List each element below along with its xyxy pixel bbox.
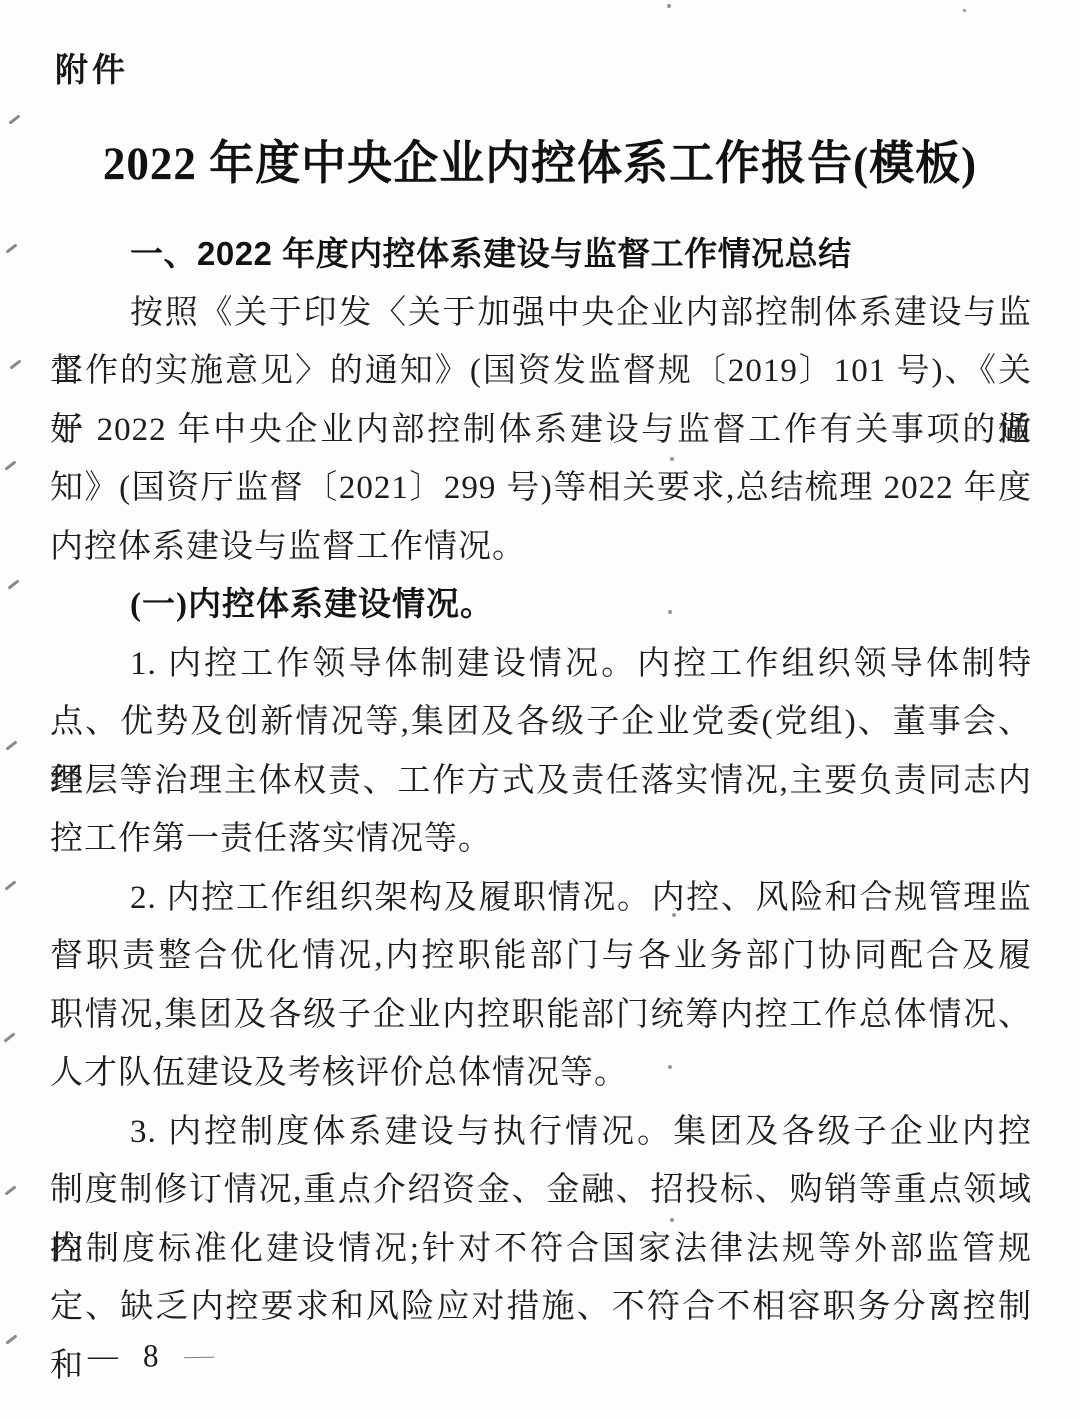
scan-artifact-tick [4, 460, 16, 470]
scan-artifact-dot [670, 1218, 674, 1222]
body-line: 2. 内控工作组织架构及履职情况。内控、风险和合规管理监 [50, 869, 1032, 928]
scan-artifact-tick [4, 1185, 16, 1195]
scan-artifact-dot [963, 9, 966, 12]
scan-artifact-dot [667, 4, 671, 8]
body-line: 按照《关于印发〈关于加强中央企业内部控制体系建设与监督 [50, 284, 1032, 343]
scan-artifact-tick [3, 1032, 15, 1042]
page-number: 8 [143, 1337, 159, 1375]
body-line: 好 2022 年中央企业内部控制体系建设与监督工作有关事项的通 [50, 401, 1032, 460]
body-line: 3. 内控制度体系建设与执行情况。集团及各级子企业内控 [50, 1103, 1032, 1162]
document-title: 2022 年度中央企业内控体系工作报告(模板) [0, 125, 1080, 193]
attachment-label: 附件 [55, 44, 129, 91]
scan-artifact-tick [5, 740, 17, 750]
scan-artifact-dot [668, 1065, 672, 1069]
scan-artifact-tick [7, 579, 19, 589]
body-line: 知》(国资厅监督〔2021〕299 号)等相关要求,总结梳理 2022 年度 [50, 459, 1032, 518]
scan-artifact-tick [5, 243, 17, 253]
body-line: 1. 内控工作领导体制建设情况。内控工作组织领导体制特 [50, 635, 1032, 694]
scan-artifact-tick [4, 880, 16, 890]
body-line: 工作的实施意见〉的通知》(国资发监督规〔2019〕101 号)、《关于做 [50, 342, 1032, 401]
scan-artifact-dot [672, 913, 676, 917]
body-line: 职情况,集团及各级子企业内控职能部门统筹内控工作总体情况、 [50, 986, 1032, 1045]
scan-artifact-tick [9, 359, 21, 369]
page-number-dash-left: — [88, 1341, 118, 1371]
body-line: 点、优势及创新情况等,集团及各级子企业党委(党组)、董事会、经 [50, 693, 1032, 752]
body-line: 督职责整合优化情况,内控职能部门与各业务部门协同配合及履 [50, 927, 1032, 986]
body-line: 定、缺乏内控要求和风险应对措施、不符合不相容职务分离控制和 [50, 1278, 1032, 1337]
body-line: 控工作第一责任落实情况等。 [50, 810, 1032, 869]
scan-artifact-tick [8, 114, 20, 124]
page-number-dash-right: — [183, 1345, 214, 1367]
body-line: 制度制修订情况,重点介绍资金、金融、招投标、购销等重点领域内 [50, 1161, 1032, 1220]
body-line: 人才队伍建设及考核评价总体情况等。 [50, 1044, 1032, 1103]
body-line: 理层等治理主体权责、工作方式及责任落实情况,主要负责同志内 [50, 752, 1032, 811]
body-line: 控制度标准化建设情况;针对不符合国家法律法规等外部监管规 [50, 1220, 1032, 1279]
document-page: 附件 2022 年度中央企业内控体系工作报告(模板) 一、2022 年度内控体系… [0, 0, 1080, 1419]
document-body: 一、2022 年度内控体系建设与监督工作情况总结 按照《关于印发〈关于加强中央企… [50, 225, 1032, 1337]
scan-artifact-dot [670, 457, 674, 461]
page-footer: — 8 — [88, 1338, 214, 1374]
body-line: 内控体系建设与监督工作情况。 [50, 518, 1032, 577]
subsection-heading: (一)内控体系建设情况。 [50, 576, 1032, 635]
section-heading: 一、2022 年度内控体系建设与监督工作情况总结 [50, 225, 1032, 284]
scan-artifact-tick [5, 1334, 17, 1344]
scan-artifact-dot [668, 610, 672, 614]
